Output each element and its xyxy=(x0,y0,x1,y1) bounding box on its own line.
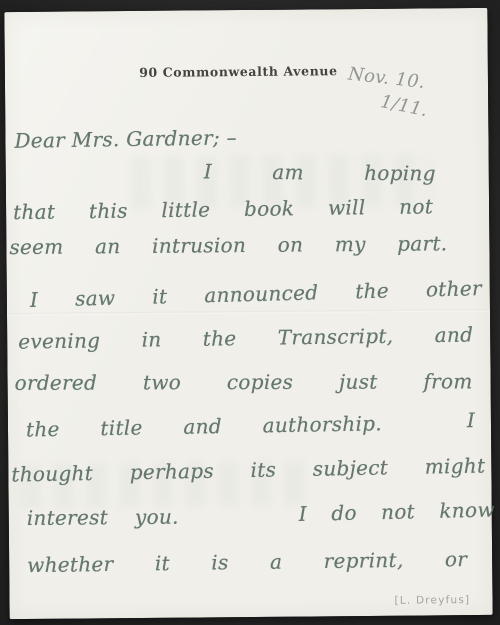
handwritten-line: I xyxy=(467,408,475,432)
handwritten-line: the title and authorship. xyxy=(26,411,382,441)
handwritten-line: ordered two copies just from xyxy=(15,369,473,395)
handwritten-line: that this little book will not xyxy=(13,194,433,224)
handwritten-line: I am hoping xyxy=(204,159,436,185)
handwritten-line: thought perhaps its subject might xyxy=(11,453,485,486)
letter-paper: 90 Commonwealth Avenue Nov. 10. 1/11. De… xyxy=(4,8,492,619)
date-handwritten-line2: 1/11. xyxy=(378,90,429,123)
handwritten-line: whether it is a reprint, or xyxy=(27,547,467,577)
curator-annotation-pencil: [L. Dreyfus] xyxy=(394,594,470,607)
handwritten-line: I do not know xyxy=(298,497,494,525)
handwritten-line: evening in the Transcript, and xyxy=(18,322,473,353)
photo-mat-background: 90 Commonwealth Avenue Nov. 10. 1/11. De… xyxy=(0,0,500,625)
handwritten-line: interest you. xyxy=(27,505,179,530)
handwritten-line: seem an intrusion on my part. xyxy=(9,231,447,259)
handwritten-line-salutation: Dear Mrs. Gardner; – xyxy=(14,125,234,152)
handwritten-line: I saw it announced the other xyxy=(30,276,482,312)
